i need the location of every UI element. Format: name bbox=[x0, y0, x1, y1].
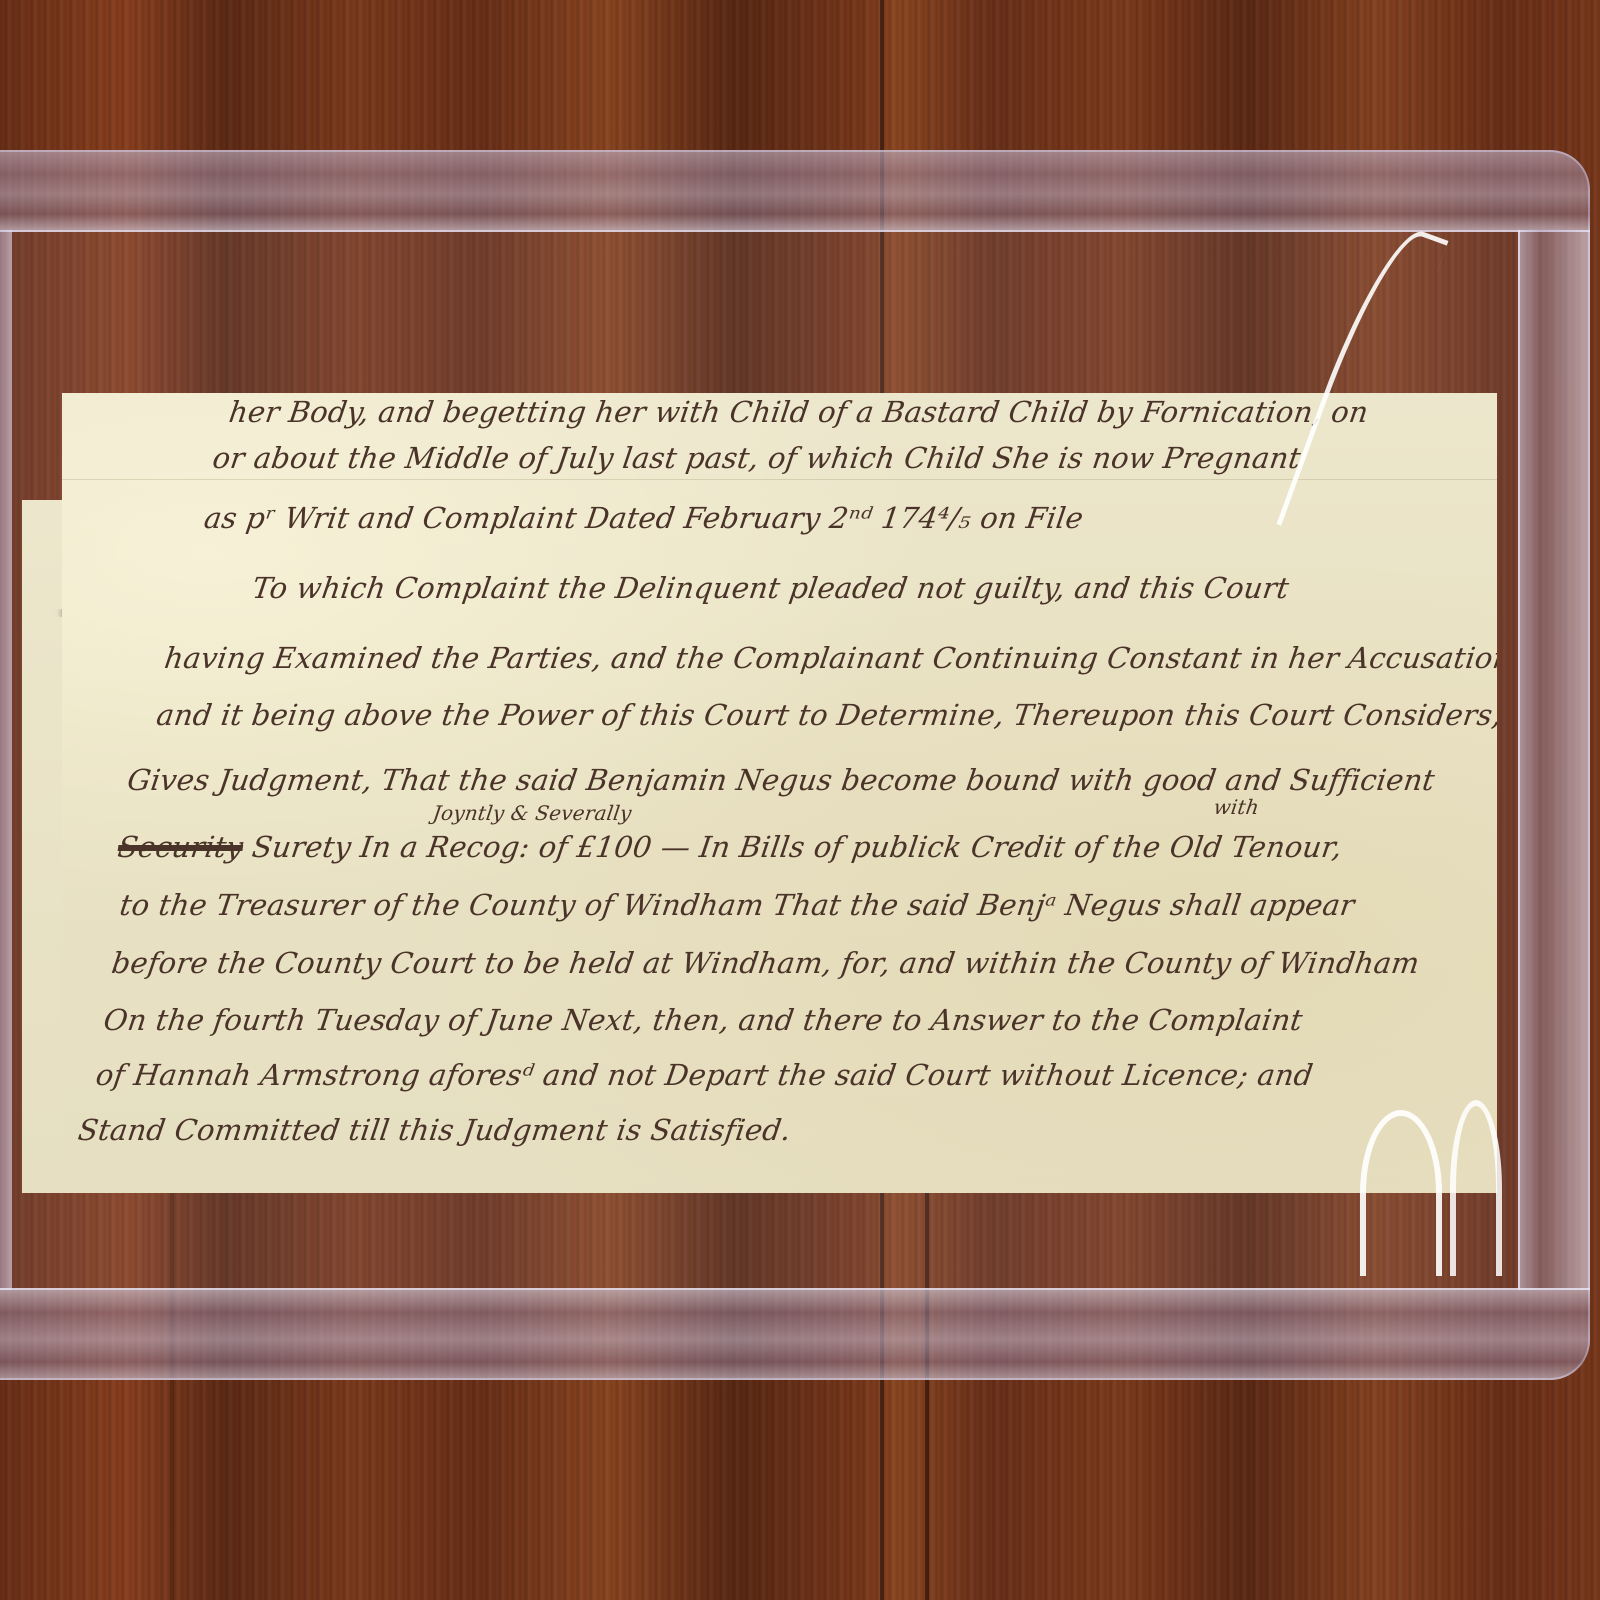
holder-right-rail bbox=[1518, 230, 1590, 1290]
text-line: or about the Middle of July last past, o… bbox=[210, 441, 1302, 475]
interlineation: Joyntly & Severally bbox=[431, 801, 633, 825]
text-line: before the County Court to be held at Wi… bbox=[110, 946, 1422, 980]
text-line: her Body, and begetting her with Child o… bbox=[227, 395, 1371, 429]
text-line: On the fourth Tuesday of June Next, then… bbox=[101, 1003, 1304, 1037]
text-line: Security Surety In a Recog: of £100 — In… bbox=[116, 830, 1345, 864]
holder-bottom-rail bbox=[0, 1288, 1590, 1380]
text-line: and it being above the Power of this Cou… bbox=[154, 698, 1539, 732]
text-line: to the Treasurer of the County of Windha… bbox=[118, 888, 1357, 922]
struck-word: Security bbox=[116, 830, 246, 864]
text-line: having Examined the Parties, and the Com… bbox=[162, 641, 1514, 675]
text-line-rest: Surety In a Recog: of £100 — In Bills of… bbox=[250, 830, 1344, 864]
plastic-glare bbox=[1450, 1100, 1502, 1276]
text-line: To which Complaint the Delinquent pleade… bbox=[250, 571, 1291, 605]
text-line: of Hannah Armstrong aforesᵈ and not Depa… bbox=[94, 1058, 1315, 1092]
holder-top-rail bbox=[0, 150, 1590, 232]
paper-fold bbox=[62, 479, 1497, 480]
paper-edge bbox=[22, 500, 67, 1193]
holder-left-rail bbox=[0, 230, 12, 1290]
plastic-glare bbox=[1360, 1110, 1442, 1276]
text-line: as pʳ Writ and Complaint Dated February … bbox=[202, 501, 1085, 535]
text-line: Gives Judgment, That the said Benjamin N… bbox=[125, 763, 1437, 797]
text-line: Stand Committed till this Judgment is Sa… bbox=[76, 1113, 793, 1147]
interlineation: with bbox=[1212, 795, 1261, 819]
